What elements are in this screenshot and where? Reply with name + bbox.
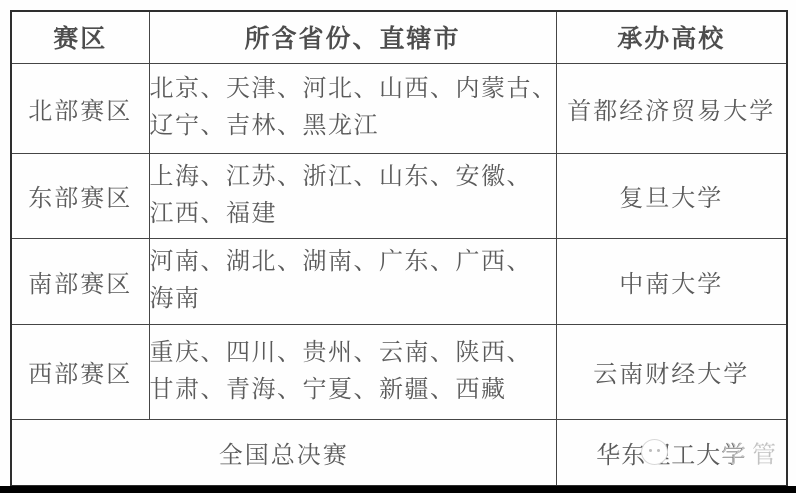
table-row-south: 南部赛区 河南、湖北、湖南、广东、广西、 海南 中南大学 (11, 238, 787, 324)
provinces-line-2: 海南 (150, 281, 556, 318)
watermark-mascot-icon (641, 439, 668, 465)
provinces-cell: 重庆、四川、贵州、云南、陕西、 甘肃、青海、宁夏、新疆、西藏 (149, 324, 556, 419)
watermark-text: 学管 (722, 435, 782, 470)
zone-cell: 西部赛区 (11, 324, 149, 419)
provinces-line-2: 江西、福建 (150, 196, 556, 233)
provinces-line-1: 北京、天津、河北、山西、内蒙古、 (150, 71, 556, 108)
table-row-west: 西部赛区 重庆、四川、贵州、云南、陕西、 甘肃、青海、宁夏、新疆、西藏 云南财经… (11, 324, 787, 419)
page: 赛区 所含省份、直辖市 承办高校 北部赛区 北京、天津、河北、山西、内蒙古、 辽… (0, 0, 796, 494)
table-row-final: 全国总决赛 华东理工大学 学管 (11, 419, 787, 486)
zones-table: 赛区 所含省份、直辖市 承办高校 北部赛区 北京、天津、河北、山西、内蒙古、 辽… (10, 10, 788, 487)
bottom-black-bar (0, 486, 796, 493)
university-cell: 首都经济贸易大学 (556, 63, 787, 153)
provinces-line-2: 辽宁、吉林、黑龙江 (150, 108, 556, 145)
col-header-university: 承办高校 (556, 11, 787, 63)
university-cell: 复旦大学 (556, 153, 787, 238)
provinces-cell: 上海、江苏、浙江、山东、安徽、 江西、福建 (149, 153, 556, 238)
zone-cell: 南部赛区 (11, 238, 149, 324)
table-header-row: 赛区 所含省份、直辖市 承办高校 (11, 11, 787, 63)
provinces-line-2: 甘肃、青海、宁夏、新疆、西藏 (150, 372, 556, 409)
provinces-cell: 北京、天津、河北、山西、内蒙古、 辽宁、吉林、黑龙江 (149, 63, 556, 153)
table-row-east: 东部赛区 上海、江苏、浙江、山东、安徽、 江西、福建 复旦大学 (11, 153, 787, 238)
col-header-zone: 赛区 (11, 11, 149, 63)
col-header-provinces: 所含省份、直辖市 (149, 11, 556, 63)
university-cell: 中南大学 (556, 238, 787, 324)
zone-cell: 东部赛区 (11, 153, 149, 238)
final-university-cell: 华东理工大学 学管 (556, 419, 787, 486)
provinces-line-1: 重庆、四川、贵州、云南、陕西、 (150, 335, 556, 372)
provinces-line-1: 河南、湖北、湖南、广东、广西、 (150, 244, 556, 281)
final-label-cell: 全国总决赛 (11, 419, 556, 486)
provinces-cell: 河南、湖北、湖南、广东、广西、 海南 (149, 238, 556, 324)
table-row-north: 北部赛区 北京、天津、河北、山西、内蒙古、 辽宁、吉林、黑龙江 首都经济贸易大学 (11, 63, 787, 153)
university-cell: 云南财经大学 (556, 324, 787, 419)
provinces-line-1: 上海、江苏、浙江、山东、安徽、 (150, 159, 556, 196)
zone-cell: 北部赛区 (11, 63, 149, 153)
